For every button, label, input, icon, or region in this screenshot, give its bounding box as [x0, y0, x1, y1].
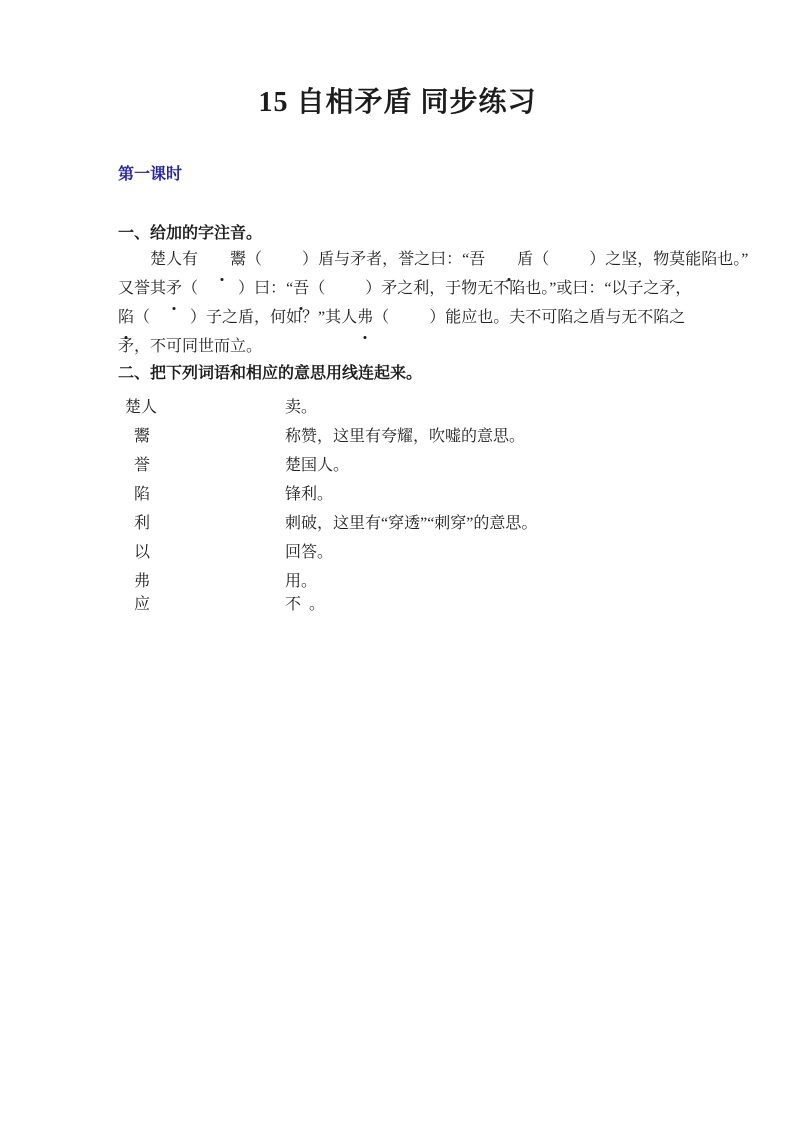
- emphasis-dotted-char: 盾: [485, 245, 533, 274]
- passage-line: 陷（）子之盾，何如？”其人弗（）能应也。夫不可陷之盾与无不陷之: [118, 303, 677, 332]
- match-word[interactable]: 应: [118, 593, 285, 617]
- pinyin-blank[interactable]: （）: [134, 309, 206, 326]
- match-meaning[interactable]: 用。: [285, 570, 317, 594]
- match-meaning[interactable]: 锋利。: [285, 483, 333, 507]
- match-row: 楚人卖。: [118, 396, 677, 425]
- match-word[interactable]: 弗: [118, 570, 285, 594]
- pinyin-passage: 楚人有鬻（）盾与矛者，誉之曰：“吾盾（）之坚，物莫能陷也。”又誉其矛（）曰：“吾…: [118, 245, 677, 361]
- matching-exercise: 楚人卖。鬻称赞，这里有夸耀，吹嘘的意思。誉楚国人。陷锋利。利刺破，这里有“穿透”…: [118, 396, 677, 622]
- match-word[interactable]: 以: [118, 541, 285, 565]
- match-word[interactable]: 利: [118, 512, 285, 536]
- match-row: 陷锋利。: [118, 483, 677, 512]
- match-word[interactable]: 楚人: [118, 396, 285, 420]
- match-row: 以回答。: [118, 541, 677, 570]
- worksheet-page: 15 自相矛盾 同步练习 第一课时 一、给加的字注音。 楚人有鬻（）盾与矛者，誉…: [0, 0, 793, 1122]
- match-row: 誉楚国人。: [118, 454, 677, 483]
- match-row: 鬻称赞，这里有夸耀，吹嘘的意思。: [118, 425, 677, 454]
- pinyin-blank[interactable]: （）: [246, 251, 318, 268]
- pinyin-blank[interactable]: （）: [533, 251, 605, 268]
- passage-text: 楚人有: [150, 251, 198, 268]
- pinyin-blank[interactable]: （）: [373, 309, 445, 326]
- passage-text: 又誉其: [118, 280, 166, 297]
- match-meaning[interactable]: 楚国人。: [285, 454, 349, 478]
- passage-line: 矛，不可同世而立。: [118, 332, 677, 361]
- passage-text: 子之盾，何如？”其人: [206, 309, 357, 326]
- emphasis-dotted-char: 弗: [357, 303, 373, 332]
- emphasis-dotted-char: 吾: [293, 274, 309, 303]
- match-row: 利刺破，这里有“穿透”“刺穿”的意思。: [118, 512, 677, 541]
- emphasis-dot: [364, 336, 367, 339]
- emphasis-dotted-char: 鬻: [198, 245, 246, 274]
- match-row: 弗用。: [118, 570, 677, 593]
- match-row: 应不 。: [118, 593, 677, 622]
- passage-text: 曰：“: [254, 280, 293, 297]
- pinyin-blank[interactable]: （）: [309, 280, 381, 297]
- match-meaning[interactable]: 卖。: [285, 396, 317, 420]
- passage-text: 盾与矛者，誉之曰：“吾: [318, 251, 485, 268]
- emphasis-dotted-char: 陷: [118, 303, 134, 332]
- emphasis-dot: [508, 278, 511, 281]
- emphasis-dot: [300, 307, 303, 310]
- passage-line: 楚人有鬻（）盾与矛者，誉之曰：“吾盾（）之坚，物莫能陷也。”: [118, 245, 677, 274]
- match-meaning[interactable]: 称赞，这里有夸耀，吹嘘的意思。: [285, 425, 525, 449]
- match-meaning[interactable]: 不 。: [285, 593, 325, 617]
- match-meaning[interactable]: 回答。: [285, 541, 333, 565]
- match-meaning[interactable]: 刺破，这里有“穿透”“刺穿”的意思。: [285, 512, 537, 536]
- worksheet-title: 15 自相矛盾 同步练习: [118, 86, 677, 120]
- emphasis-dot: [221, 278, 224, 281]
- lesson-session-heading: 第一课时: [118, 164, 677, 185]
- passage-line: 又誉其矛（）曰：“吾（）矛之利，于物无不陷也。”或曰：“以子之矛，: [118, 274, 677, 303]
- match-word[interactable]: 誉: [118, 454, 285, 478]
- passage-text: 之坚，物莫能陷也。”: [605, 251, 748, 268]
- section-one-heading: 一、给加的字注音。: [118, 223, 677, 245]
- section-two-heading: 二、把下列词语和相应的意思用线连起来。: [118, 363, 677, 385]
- pinyin-blank[interactable]: （）: [182, 280, 254, 297]
- passage-text: 矛之利，于物无不陷也。”或曰：“以子之矛，: [381, 280, 691, 297]
- match-word[interactable]: 鬻: [118, 425, 285, 449]
- match-word[interactable]: 陷: [118, 483, 285, 507]
- passage-text: 矛，不可同世而立。: [118, 338, 262, 355]
- emphasis-dot: [125, 336, 128, 339]
- emphasis-dot: [173, 307, 176, 310]
- passage-text: 能应也。夫不可陷之盾与无不陷之: [445, 309, 685, 326]
- emphasis-dotted-char: 矛: [166, 274, 182, 303]
